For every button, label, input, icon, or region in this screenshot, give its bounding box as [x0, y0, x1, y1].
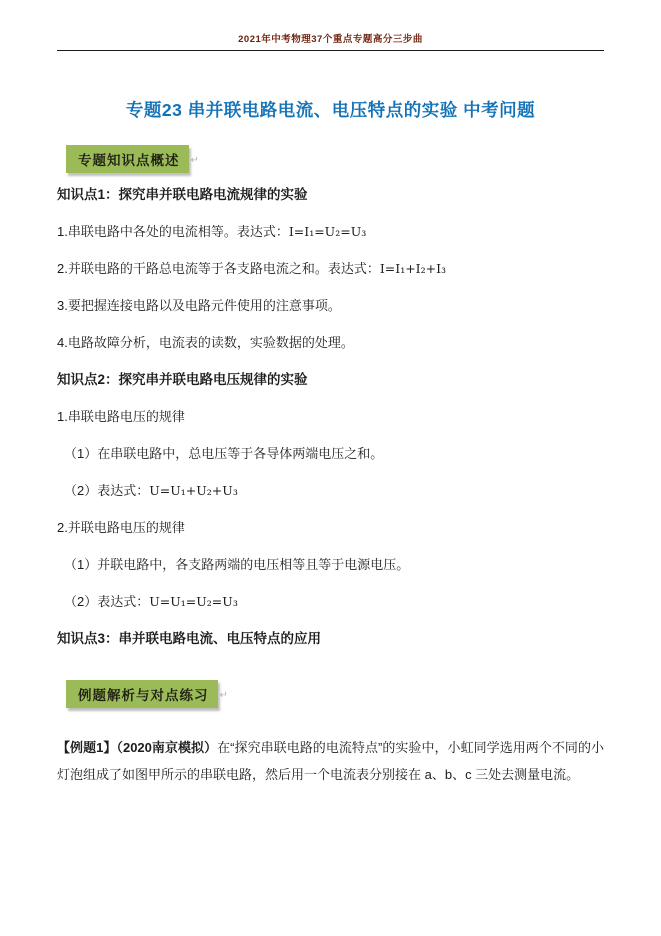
- paragraph-mark-icon: ↵: [220, 690, 228, 701]
- knowledge-point-1-heading: 知识点1：探究串并联电路电流规律的实验: [57, 187, 604, 203]
- example-paragraph: 【例题1】（2020南京模拟）在“探究串联电路的电流特点”的实验中，小虹同学选用…: [57, 734, 604, 788]
- formula: I=I₁+I₂+I₃: [380, 261, 446, 276]
- knowledge-point-3-heading: 知识点3：串并联电路电流、电压特点的应用: [57, 631, 604, 647]
- content-line: 3.要把握连接电路以及电路元件使用的注意事项。: [57, 298, 604, 314]
- knowledge-points: 知识点1：探究串并联电路电流规律的实验 1.串联电路中各处的电流相等。表达式：I…: [57, 187, 604, 647]
- header-divider: [57, 50, 604, 51]
- document-page: 2021年中考物理37个重点专题高分三步曲 专题23 串并联电路电流、电压特点的…: [0, 0, 661, 936]
- content-line: 4.电路故障分析，电流表的读数，实验数据的处理。: [57, 335, 604, 351]
- section-badge-overview: 专题知识点概述: [66, 145, 189, 173]
- example-label: 【例题1】（2020南京模拟）: [57, 740, 217, 755]
- content-line: 2.并联电路电压的规律: [57, 520, 604, 536]
- content-line: 1.串联电路中各处的电流相等。表达式：I=I₁=U₂=U₃: [57, 224, 604, 240]
- content-line: 2.并联电路的干路总电流等于各支路电流之和。表达式：I=I₁+I₂+I₃: [57, 261, 604, 277]
- section-overview: 专题知识点概述↵: [66, 145, 661, 173]
- running-header-text: 2021年中考物理37个重点专题高分三步曲: [238, 34, 423, 45]
- formula: U=U₁+U₂+U₃: [149, 483, 238, 498]
- content-line: （1）在串联电路中，总电压等于各导体两端电压之和。: [57, 446, 604, 462]
- section-badge-examples: 例题解析与对点练习: [66, 680, 218, 708]
- section-examples: 例题解析与对点练习↵: [66, 680, 661, 708]
- knowledge-point-2-heading: 知识点2：探究串并联电路电压规律的实验: [57, 372, 604, 388]
- paragraph-mark-icon: ↵: [191, 155, 199, 166]
- formula: U=U₁=U₂=U₃: [149, 594, 238, 609]
- content-line: （2）表达式：U=U₁+U₂+U₃: [57, 483, 604, 499]
- content-line: 1.串联电路电压的规律: [57, 409, 604, 425]
- page-title: 专题23 串并联电路电流、电压特点的实验 中考问题: [0, 97, 661, 122]
- formula: I=I₁=U₂=U₃: [289, 224, 366, 239]
- content-line: （2）表达式：U=U₁=U₂=U₃: [57, 594, 604, 610]
- content-line: （1）并联电路中，各支路两端的电压相等且等于电源电压。: [57, 557, 604, 573]
- running-header: 2021年中考物理37个重点专题高分三步曲: [0, 0, 661, 45]
